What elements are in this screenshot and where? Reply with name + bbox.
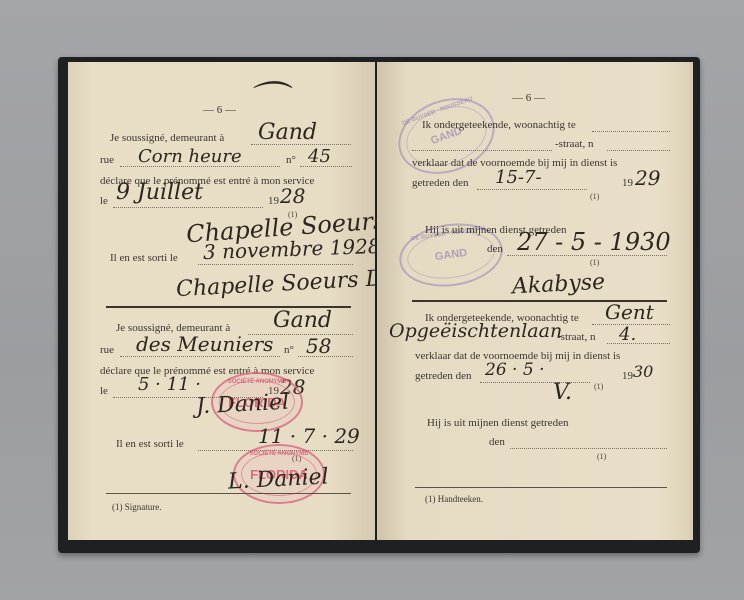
- entry2-number-label: n°: [284, 344, 294, 356]
- r-entry1-footnote-marker: (1): [590, 192, 599, 201]
- entry1-street-value: Corn heure: [138, 146, 242, 167]
- r-entry2-exit-line: [510, 448, 667, 449]
- entry2-street-line: [120, 356, 280, 357]
- entry2-signature2: L. Daniel: [227, 464, 329, 494]
- r-entry1-date-label: getreden den: [412, 177, 469, 189]
- page-number: — 6 —: [203, 104, 236, 116]
- entry2-number-value: 58: [306, 334, 331, 358]
- entry1-number-label: n°: [286, 154, 296, 166]
- entry1-residence-value: Gand: [258, 120, 317, 145]
- handwriting-flourish: ⌒: [246, 70, 286, 127]
- r-entry2-date-label: getreden den: [415, 370, 472, 382]
- stamp-ring-text: SOCIÉTÉ ANONYME: [250, 451, 308, 457]
- entry1-date-value: 9 Juillet: [116, 180, 203, 205]
- r-entry1-year-prefix: 19: [622, 177, 633, 189]
- entry1-date-line: [113, 207, 263, 208]
- r-entry1-date-line: [477, 189, 587, 190]
- entry1-street-label: rue: [100, 154, 114, 166]
- entry2-exit-label: Il en est sorti le: [116, 438, 184, 450]
- entry1-exit-line: [198, 264, 353, 265]
- r-entry2-year-prefix: 19: [622, 370, 633, 382]
- r-entry2-signature: V.: [553, 380, 572, 405]
- entry1-exit-value: 3 novembre 1928: [203, 234, 381, 264]
- r-entry2-exit-label: Hij is uit mijnen dienst getreden: [427, 417, 568, 429]
- r-entry1-exit-marker: (1): [590, 258, 599, 267]
- entry2-street-label: rue: [100, 344, 114, 356]
- entry2-date-label: le: [100, 385, 108, 397]
- footnote: (1) Signature.: [112, 502, 162, 512]
- entry2-date-value: 5 · 11 ·: [138, 374, 201, 395]
- entry1-residence-label: Je soussigné, demeurant à: [110, 132, 224, 144]
- de-buyser-stamp-1: DE BUYSER - ROUSSEAU GAND: [388, 85, 506, 187]
- stamp-ring-text: SOCIÉTÉ ANONYME: [228, 379, 286, 385]
- page-number: — 6 —: [512, 92, 545, 104]
- r-entry1-street-label: -straat, n: [555, 138, 593, 150]
- r-entry2-footnote-marker: (1): [594, 382, 603, 391]
- r-entry2-date-value: 26 · 5 ·: [485, 360, 544, 380]
- r-entry2-year-value: 30: [633, 362, 653, 381]
- entry2-residence-value: Gand: [273, 308, 332, 333]
- r-entry1-residence-label: Ik ondergeteekende, woonachtig te: [422, 119, 576, 131]
- footnote: (1) Handteeken.: [425, 494, 483, 504]
- r-entry2-number-line: [607, 343, 670, 344]
- r-entry1-street-line: [412, 150, 552, 151]
- r-entry2-exit-den: den: [489, 436, 505, 448]
- entry1-exit-label: Il en est sorti le: [110, 252, 178, 264]
- entry2-signature1: J. Daniel: [195, 390, 289, 420]
- r-entry2-number-value: 4.: [619, 324, 636, 345]
- r-entry2-street-value: Opgeëischtenlaan: [389, 320, 562, 342]
- r-entry2-exit-marker: (1): [597, 452, 606, 461]
- entry1-year-prefix: 19: [268, 195, 279, 207]
- entry2-street-value: des Meuniers: [136, 332, 273, 356]
- r-entry1-year-value: 29: [635, 166, 660, 190]
- r-entry1-date-value: 15-7-: [495, 167, 542, 188]
- right-page: — 6 — DE BUYSER - ROUSSEAU GAND Ik onder…: [377, 62, 693, 540]
- r-entry2-street-label: -straat, n: [557, 331, 595, 343]
- entry1-year-value: 28: [280, 184, 305, 208]
- entry1-date-label: le: [100, 195, 108, 207]
- r-entry1-exit-den: den: [487, 243, 503, 255]
- left-page: — 6 — ⌒ Je soussigné, demeurant à Gand r…: [68, 62, 375, 540]
- r-entry1-exit-value: 27 - 5 - 1930: [517, 228, 671, 256]
- r-entry2-residence-value: Gent: [605, 300, 654, 324]
- footnote-divider: [415, 487, 667, 488]
- r-entry1-residence-line: [592, 131, 670, 132]
- r-entry1-signature: Akabyse: [511, 270, 605, 300]
- footnote-divider: [106, 493, 351, 494]
- r-entry1-number-line: [607, 150, 670, 151]
- entry1-number-value: 45: [308, 146, 331, 167]
- r-entry2-date-line: [480, 382, 590, 383]
